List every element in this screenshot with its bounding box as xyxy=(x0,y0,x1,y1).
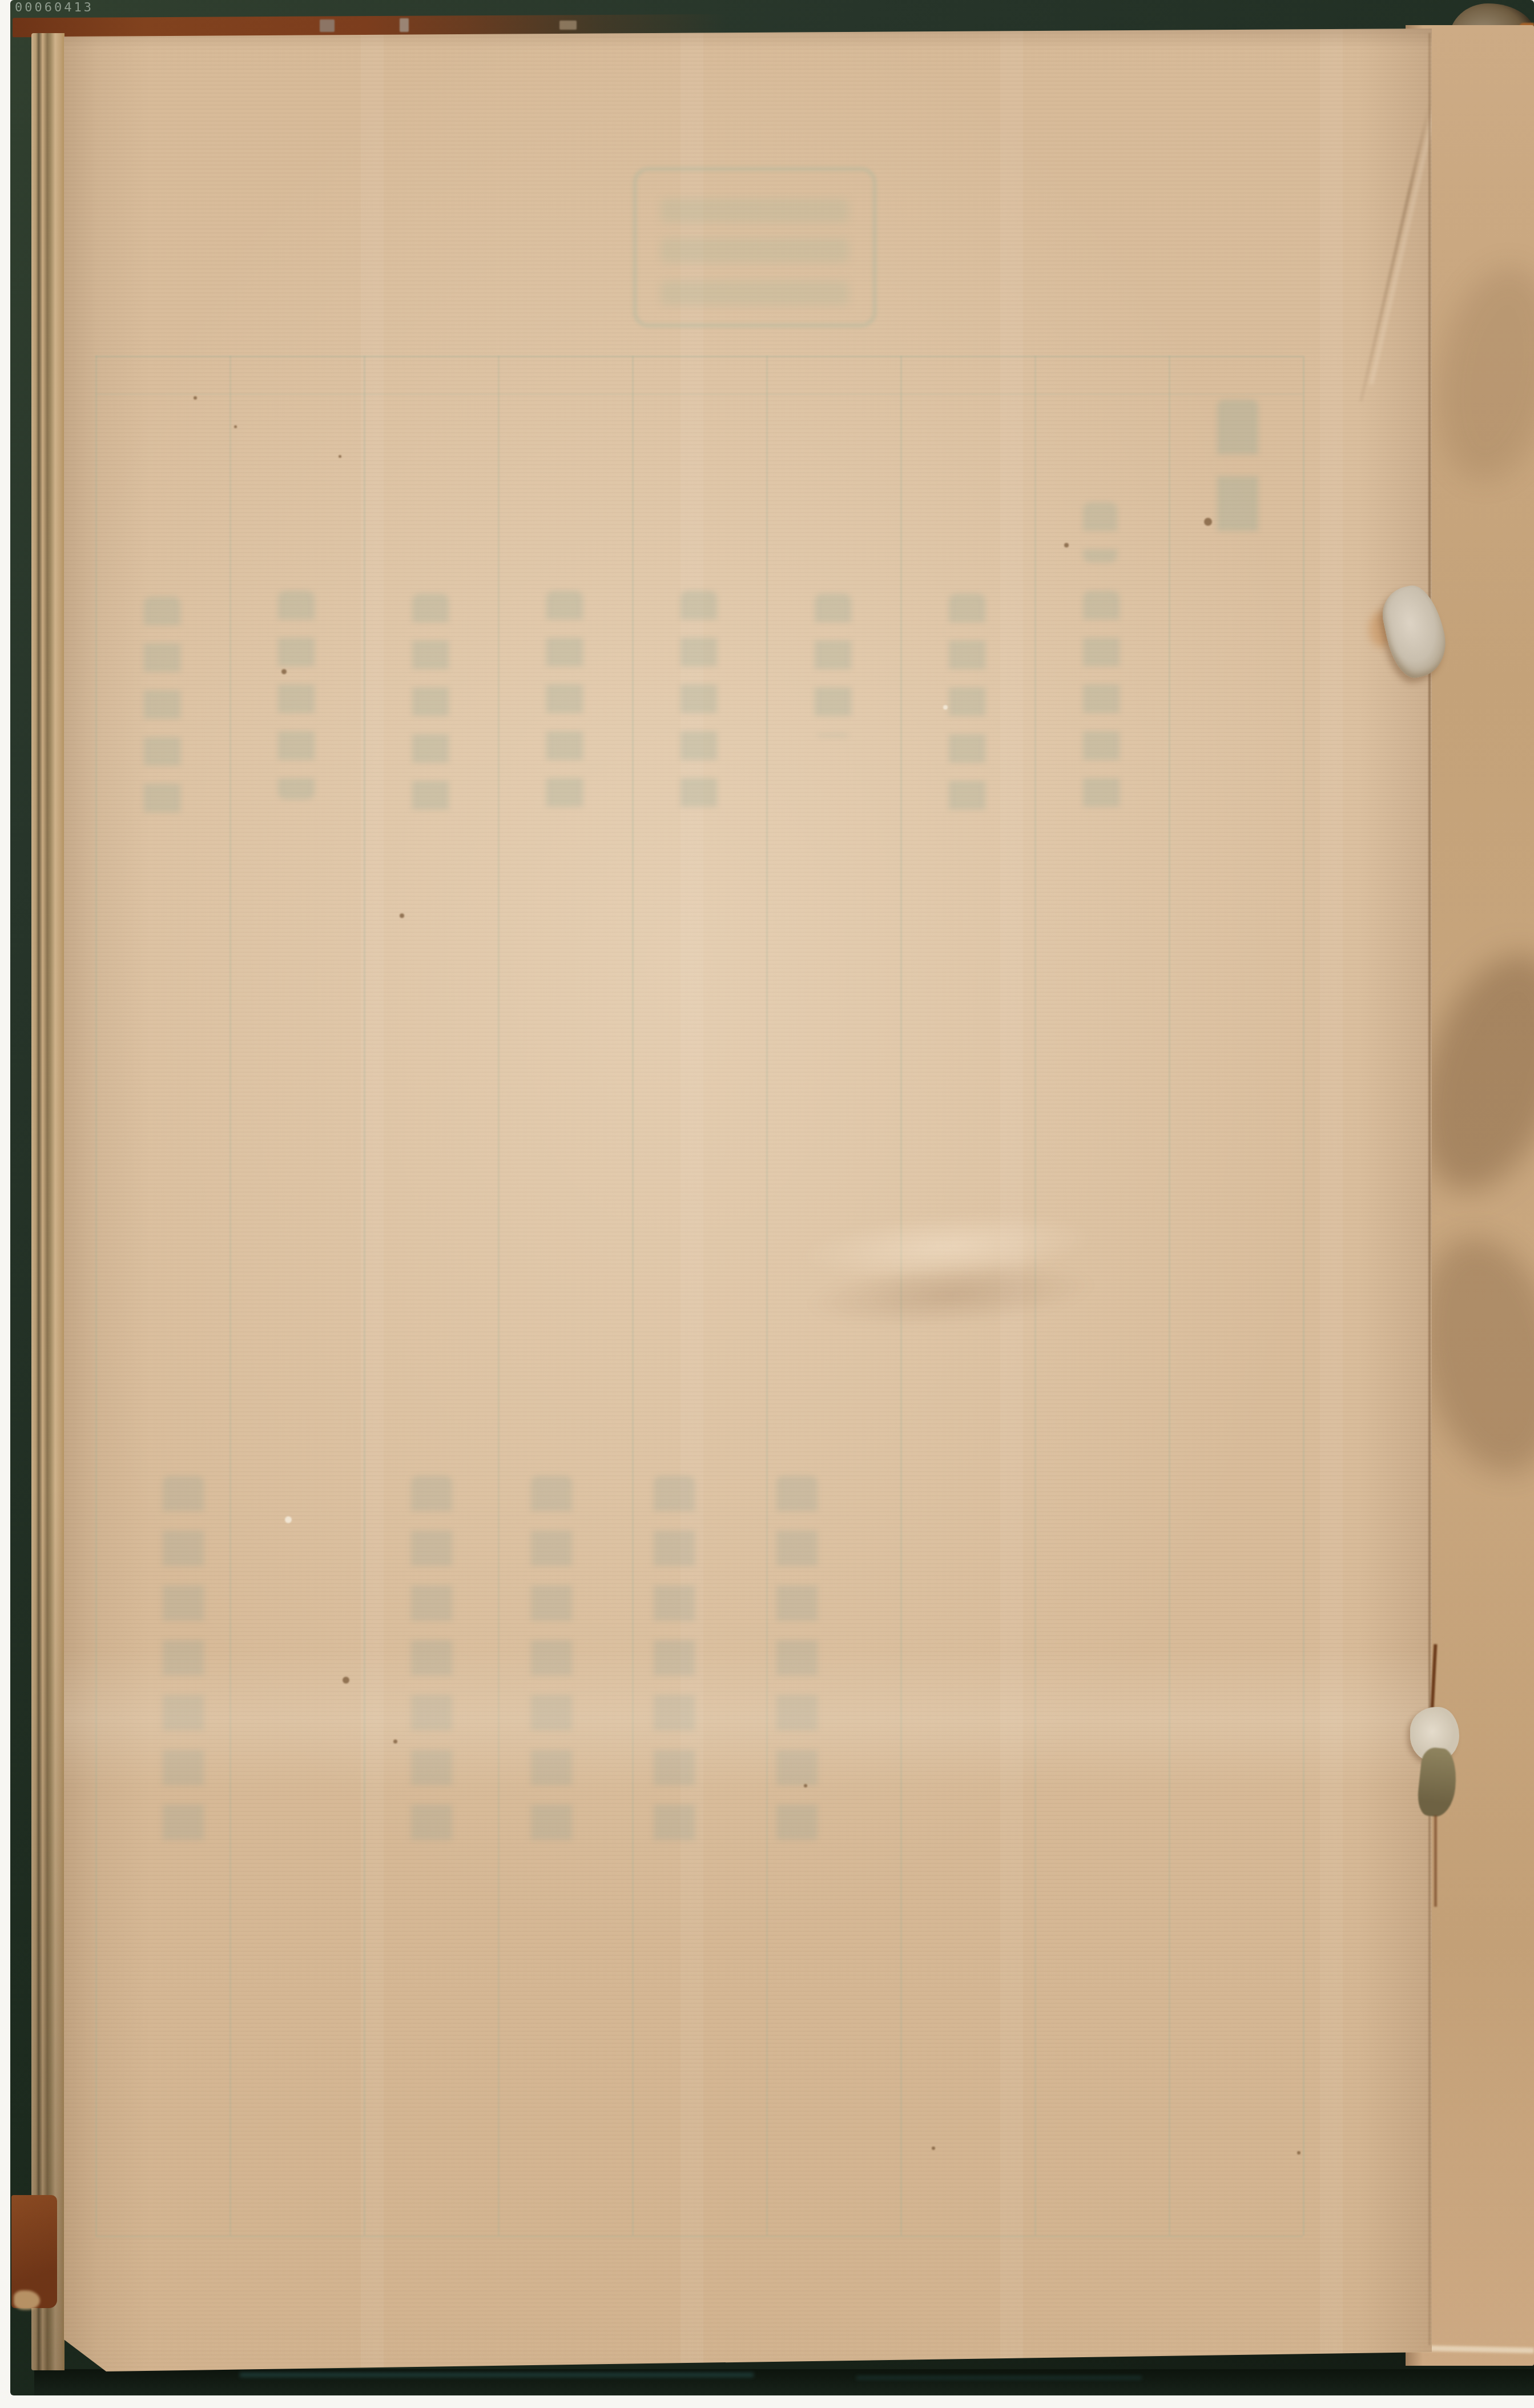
page xyxy=(64,29,1432,2371)
ghost-character-column xyxy=(412,594,449,816)
dark-speck xyxy=(1297,2151,1301,2155)
ghost-character-column xyxy=(546,591,583,819)
fold-light-band xyxy=(64,1650,1432,1787)
grid-row-line xyxy=(95,393,1303,395)
leaf-fore-edge-line xyxy=(1428,33,1431,2345)
book-scan: 00060413 xyxy=(0,0,1534,2408)
dark-speck xyxy=(1064,543,1069,547)
light-fleck xyxy=(285,1516,292,1523)
cover-glint xyxy=(240,2373,754,2377)
cover-glint xyxy=(856,2376,1142,2379)
dark-speck xyxy=(339,455,341,458)
corner-crease xyxy=(1359,100,1431,401)
dark-speck xyxy=(400,913,404,918)
grid-column-line xyxy=(95,356,97,2236)
dark-speck xyxy=(393,1739,397,1743)
showthrough-stamp-box xyxy=(633,167,877,328)
dark-speck xyxy=(281,669,287,674)
grid-column-line xyxy=(632,356,634,2236)
grid-column-line xyxy=(364,356,365,2236)
ghost-character-column xyxy=(1217,400,1258,542)
spine-wear-patch xyxy=(320,19,335,32)
grid-column-line xyxy=(498,356,500,2236)
ghost-character-column xyxy=(815,594,851,736)
dark-speck xyxy=(804,1784,807,1787)
scanner-margin-bottom xyxy=(0,2395,1534,2408)
grid-row-line xyxy=(95,2236,1303,2237)
dark-speck xyxy=(932,2147,935,2150)
edge-crack-tail xyxy=(1434,1815,1437,1907)
light-fleck xyxy=(943,705,948,710)
stamp-smudge-row xyxy=(661,199,849,223)
ghost-character-column xyxy=(1083,591,1120,819)
grid-row-line xyxy=(95,356,1303,357)
spine-wear-patch xyxy=(400,18,409,32)
ghost-character-column xyxy=(144,597,180,816)
grid-column-line xyxy=(1169,356,1170,2236)
scanner-margin-left xyxy=(0,0,10,2408)
stamp-smudge-row xyxy=(661,238,849,263)
ghost-character-column xyxy=(949,594,985,816)
spine-wear-patch xyxy=(559,21,577,30)
ghost-character-column xyxy=(681,591,717,819)
dark-speck xyxy=(1204,518,1212,526)
dark-speck xyxy=(194,396,197,400)
spine-wear-bottom-tip xyxy=(14,2290,40,2310)
dark-speck xyxy=(343,1677,349,1684)
digitization-id: 00060413 xyxy=(15,1,94,15)
under-leaf-crease-shadow xyxy=(1422,257,1534,490)
ghost-character-column xyxy=(1083,502,1117,562)
grid-column-line xyxy=(1303,356,1304,2236)
stamp-smudge-row xyxy=(661,281,849,305)
dark-speck xyxy=(234,425,237,428)
corner-crease-highlight xyxy=(1370,106,1436,385)
grid-column-line xyxy=(230,356,231,2236)
ghost-character-column xyxy=(278,591,315,799)
